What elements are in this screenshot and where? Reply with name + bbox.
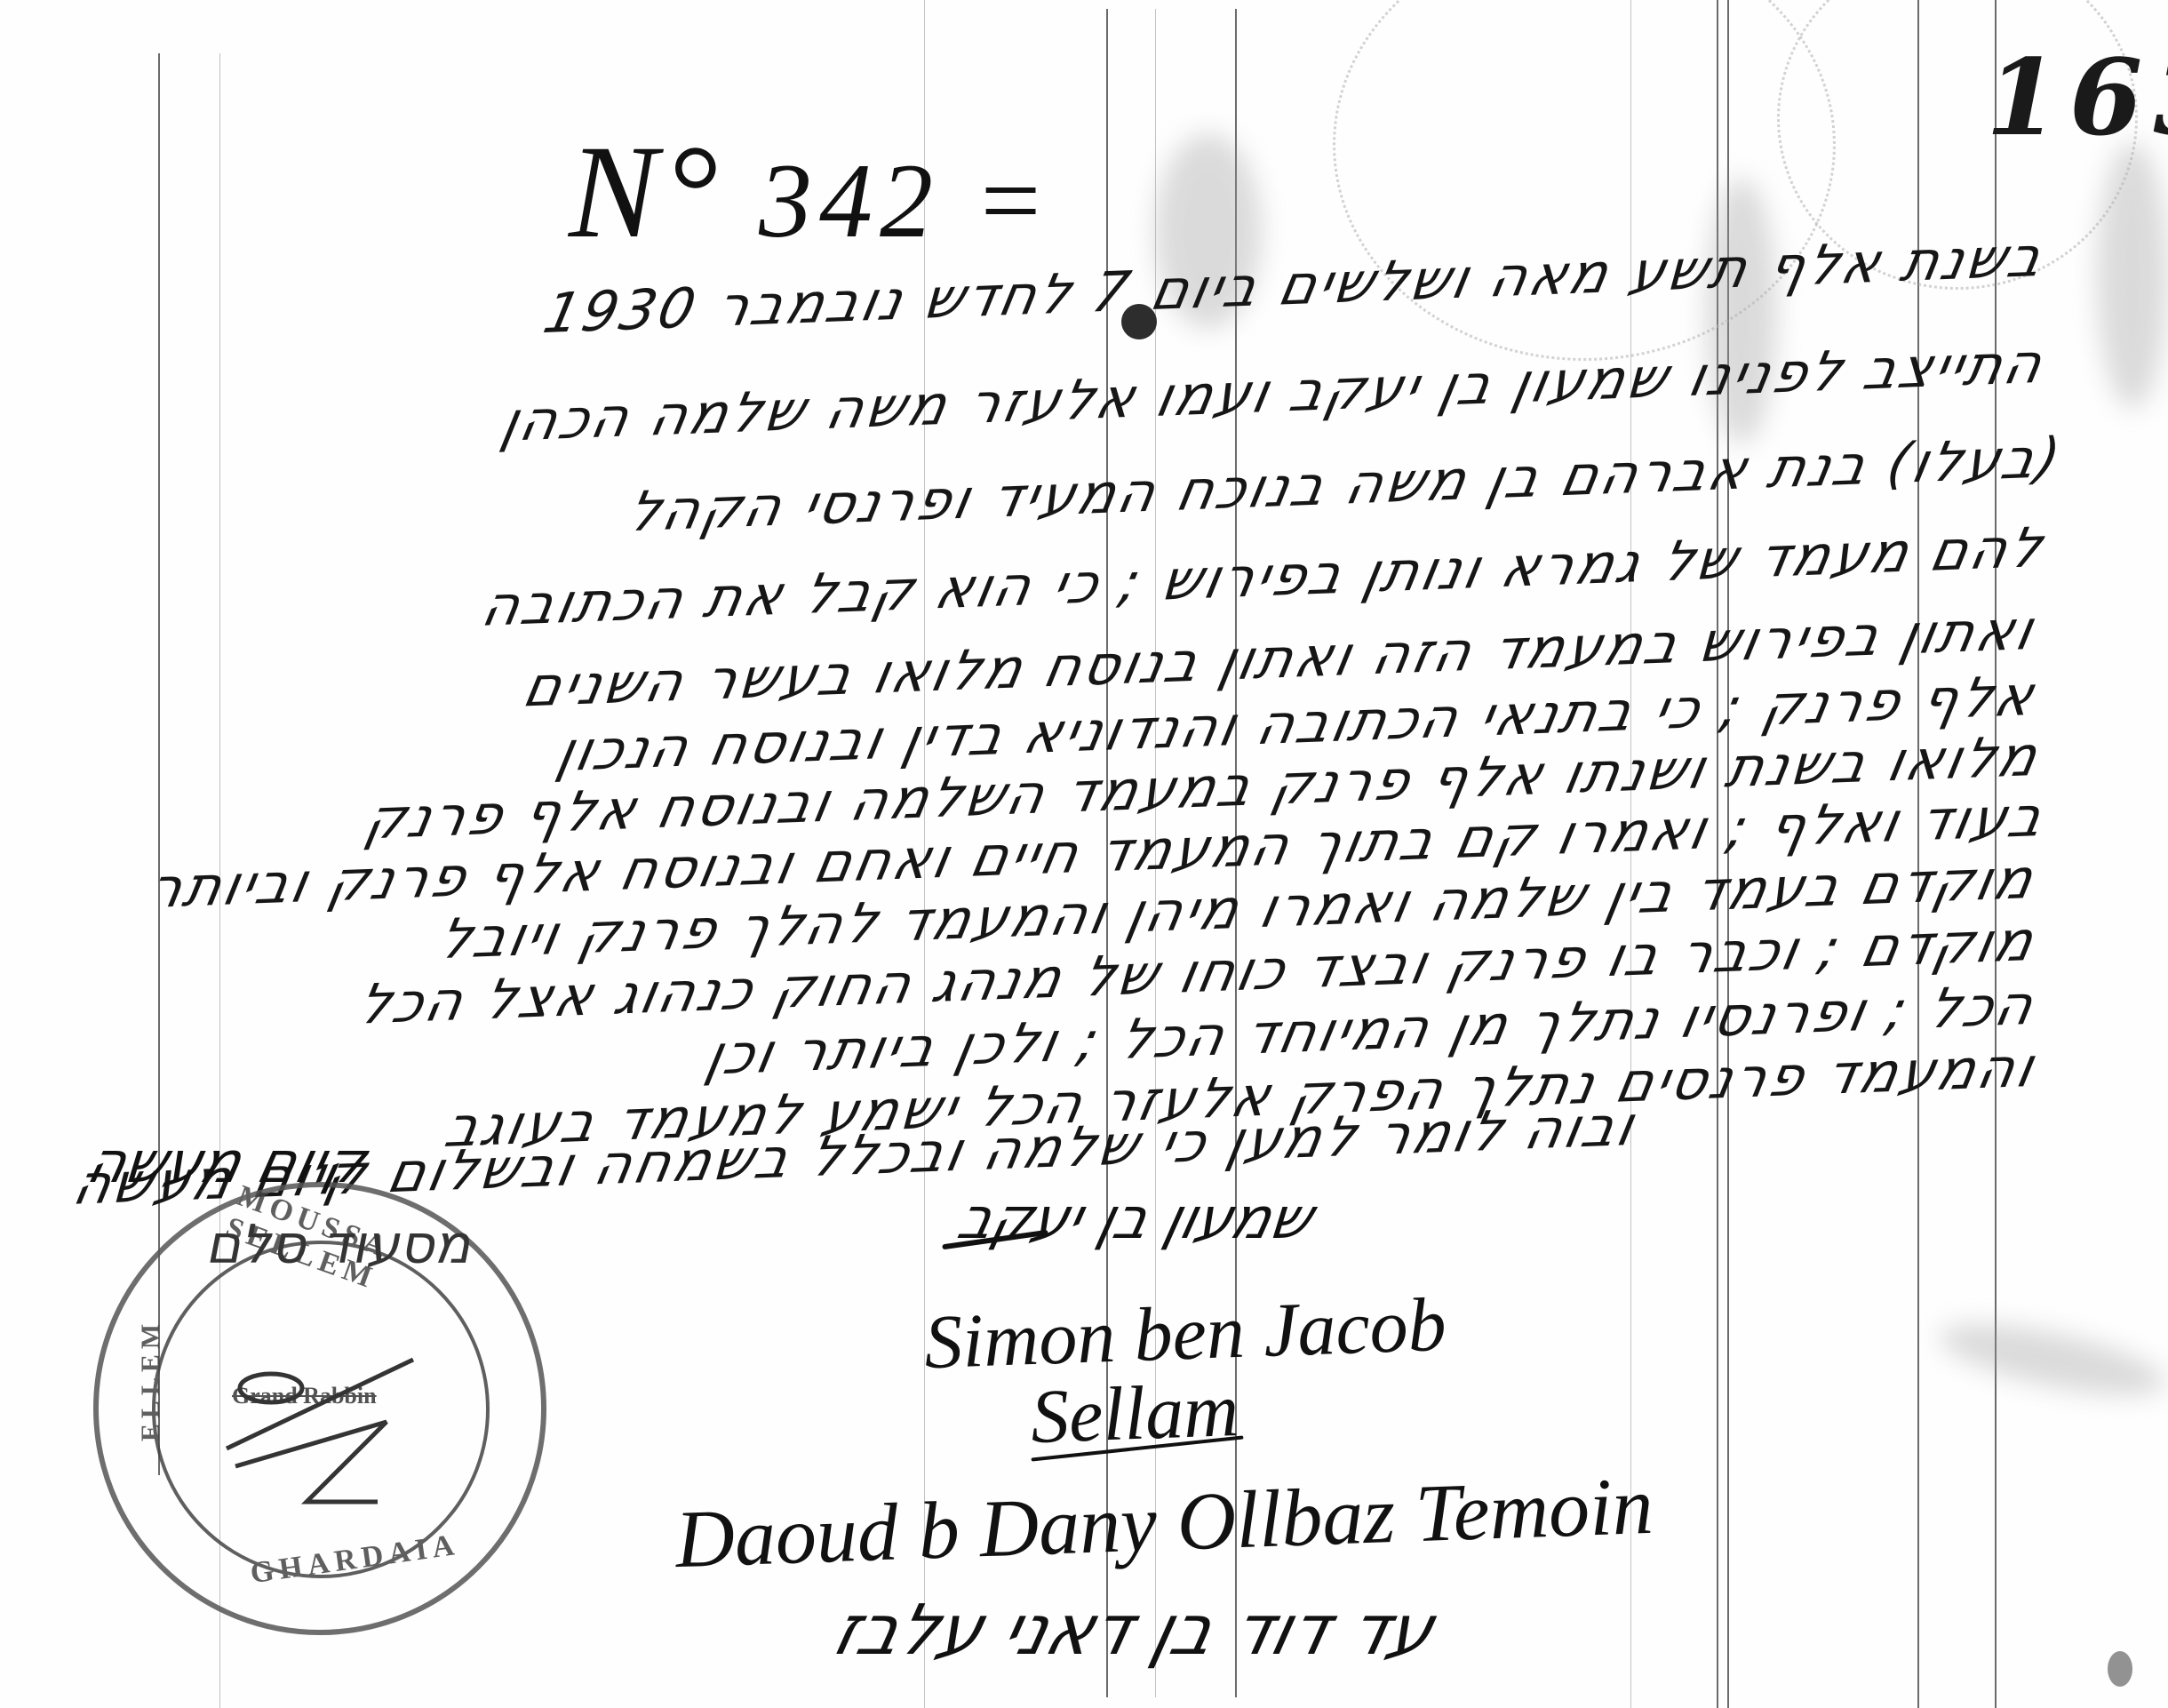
punch-hole-mark	[2108, 1651, 2132, 1687]
document-page: 163 N° 342 = בשנת אלף תשע מאה ושלשים ביו…	[0, 0, 2168, 1708]
page-number: 163	[1986, 36, 2168, 159]
hebrew-witness-signature: עד דוד בן דאני עלבז	[825, 1591, 1442, 1671]
number-value: 342 =	[759, 141, 1053, 259]
official-stamp: MOUSSA SELLEM GHARDAIA ELLEM Grand Rabbi…	[93, 1182, 546, 1635]
hebrew-signature: שמעון בן יעקב	[952, 1186, 1319, 1252]
number-prefix: N°	[569, 118, 725, 266]
register-number: N° 342 =	[569, 116, 1053, 268]
hebrew-signature-left: קיום מעשה	[81, 1130, 373, 1196]
smudge	[1934, 1310, 2168, 1410]
body-line-2: התייצב לפנינו שמעון בן יעקב ועמו אלעזר מ…	[497, 336, 2049, 450]
witness-signature: Daoud b Dany Ollbaz Temoin	[674, 1458, 1654, 1586]
stamp-scribble-icon	[93, 1182, 546, 1635]
